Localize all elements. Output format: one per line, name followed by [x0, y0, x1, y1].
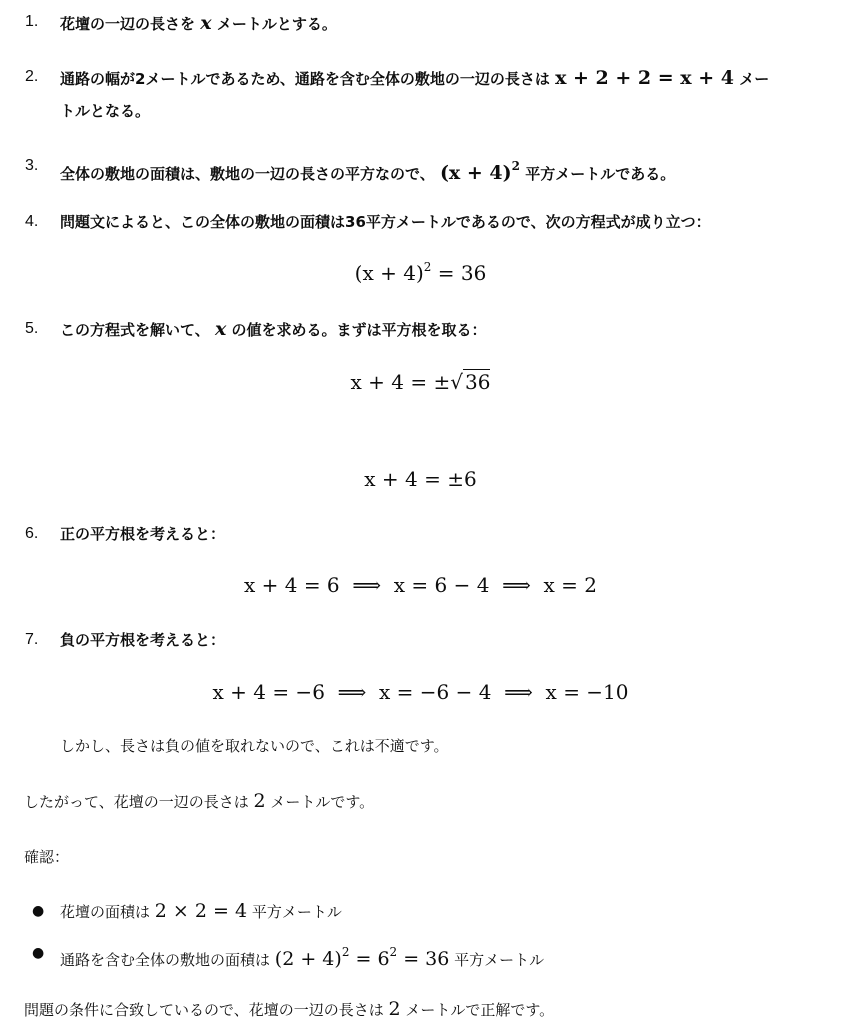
math-inline: x + 2 + 2 = x + 4	[555, 67, 734, 89]
display-equation: x + 4 = ±6	[0, 467, 841, 491]
step-text: 負の平方根を考えると：	[60, 629, 225, 651]
step-text: メー	[739, 70, 769, 88]
conclusion: したがって、花壇の一辺の長さは 2 メートルです。	[24, 790, 374, 812]
check-label: 確認：	[24, 846, 69, 867]
step-text: 花壇の一辺の長さを	[60, 15, 195, 33]
step-text: 全体の敷地の面積は、敷地の一辺の長さの平方なので、	[60, 165, 435, 183]
step-text: 通路の幅が2メートルであるため、通路を含む全体の敷地の一辺の長さは	[60, 70, 550, 88]
step-number: 3.	[25, 157, 38, 175]
step-text-continued: トルとなる。	[60, 100, 150, 122]
step-number: 7.	[25, 631, 38, 649]
display-equation: x + 4 = 6 ⟹ x = 6 − 4 ⟹ x = 2	[0, 573, 841, 597]
step-text: 平方メートルである。	[525, 165, 675, 183]
step-number: 6.	[25, 525, 38, 543]
math-inline: (x + 4)2	[440, 162, 520, 184]
step-text: メートルとする。	[217, 15, 337, 33]
bullet-icon: ●	[32, 945, 44, 961]
step-text: 問題文によると、この全体の敷地の面積は36平方メートルであるので、次の方程式が成…	[60, 211, 711, 233]
display-equation: x + 4 = ±√36	[0, 370, 841, 394]
step-number: 4.	[25, 213, 38, 231]
step-number: 1.	[25, 13, 38, 31]
step-text: の値を求める。まずは平方根を取る：	[232, 321, 487, 339]
step-text: この方程式を解いて、	[60, 321, 210, 339]
step-number: 2.	[25, 68, 38, 86]
display-equation: x + 4 = −6 ⟹ x = −6 − 4 ⟹ x = −10	[0, 680, 841, 704]
math-variable: x	[215, 318, 226, 340]
step-text: 正の平方根を考えると：	[60, 523, 225, 545]
step-number: 5.	[25, 320, 38, 338]
step-note: しかし、長さは負の値を取れないので、これは不適です。	[60, 735, 449, 757]
bullet-icon: ●	[32, 903, 44, 919]
math-variable: x	[200, 12, 211, 34]
final-statement: 問題の条件に合致しているので、花壇の一辺の長さは 2 メートルで正解です。	[24, 998, 554, 1020]
display-equation: (x + 4)2 = 36	[0, 260, 841, 285]
